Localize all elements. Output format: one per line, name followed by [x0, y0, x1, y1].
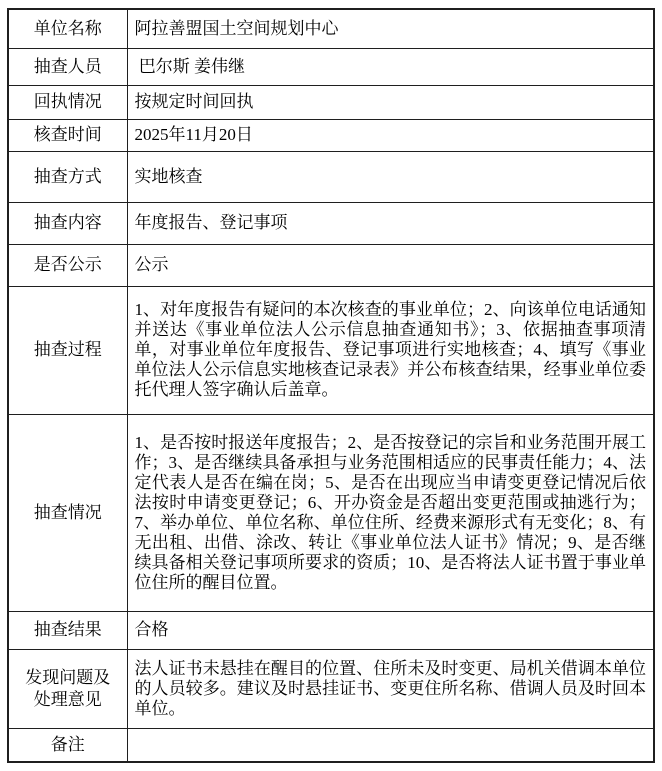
inspection-form-table: 单位名称 阿拉善盟国土空间规划中心 抽查人员 巴尔斯 姜伟继 回执情况 按规定时…: [7, 8, 655, 763]
table-row: 备注: [8, 728, 654, 762]
table-row: 抽查过程 1、对年度报告有疑问的本次核查的事业单位；2、向该单位电话通知并送达《…: [8, 286, 654, 414]
row-value: 2025年11月20日: [127, 119, 654, 151]
row-label: 是否公示: [8, 244, 127, 286]
row-label: 抽查内容: [8, 202, 127, 244]
table-row: 抽查内容 年度报告、登记事项: [8, 202, 654, 244]
table-row: 抽查方式 实地核查: [8, 151, 654, 202]
table-row: 抽查结果 合格: [8, 611, 654, 649]
row-label: 备注: [8, 728, 127, 762]
table-row: 抽查人员 巴尔斯 姜伟继: [8, 48, 654, 85]
row-value: 年度报告、登记事项: [127, 202, 654, 244]
row-value: 巴尔斯 姜伟继: [127, 48, 654, 85]
row-value: [127, 728, 654, 762]
row-label: 回执情况: [8, 85, 127, 119]
row-label: 抽查方式: [8, 151, 127, 202]
row-label: 单位名称: [8, 9, 127, 48]
row-label: 抽查结果: [8, 611, 127, 649]
table-row: 发现问题及处理意见 法人证书未悬挂在醒目的位置、住所未及时变更、局机关借调本单位…: [8, 649, 654, 728]
row-label: 抽查过程: [8, 286, 127, 414]
row-value: 法人证书未悬挂在醒目的位置、住所未及时变更、局机关借调本单位的人员较多。建议及时…: [127, 649, 654, 728]
table-row: 核查时间 2025年11月20日: [8, 119, 654, 151]
row-value: 1、对年度报告有疑问的本次核查的事业单位；2、向该单位电话通知并送达《事业单位法…: [127, 286, 654, 414]
row-value: 实地核查: [127, 151, 654, 202]
row-value: 按规定时间回执: [127, 85, 654, 119]
table-row: 回执情况 按规定时间回执: [8, 85, 654, 119]
table-row: 单位名称 阿拉善盟国土空间规划中心: [8, 9, 654, 48]
inspection-form-rows: 单位名称 阿拉善盟国土空间规划中心 抽查人员 巴尔斯 姜伟继 回执情况 按规定时…: [8, 9, 654, 762]
row-value: 合格: [127, 611, 654, 649]
document-page: 单位名称 阿拉善盟国土空间规划中心 抽查人员 巴尔斯 姜伟继 回执情况 按规定时…: [0, 0, 662, 771]
row-label: 发现问题及处理意见: [8, 649, 127, 728]
row-label: 核查时间: [8, 119, 127, 151]
row-label: 抽查人员: [8, 48, 127, 85]
table-row: 是否公示 公示: [8, 244, 654, 286]
row-value: 阿拉善盟国土空间规划中心: [127, 9, 654, 48]
row-label: 抽查情况: [8, 414, 127, 611]
table-row: 抽查情况 1、是否按时报送年度报告；2、是否按登记的宗旨和业务范围开展工作；3、…: [8, 414, 654, 611]
row-value: 公示: [127, 244, 654, 286]
row-value: 1、是否按时报送年度报告；2、是否按登记的宗旨和业务范围开展工作；3、是否继续具…: [127, 414, 654, 611]
